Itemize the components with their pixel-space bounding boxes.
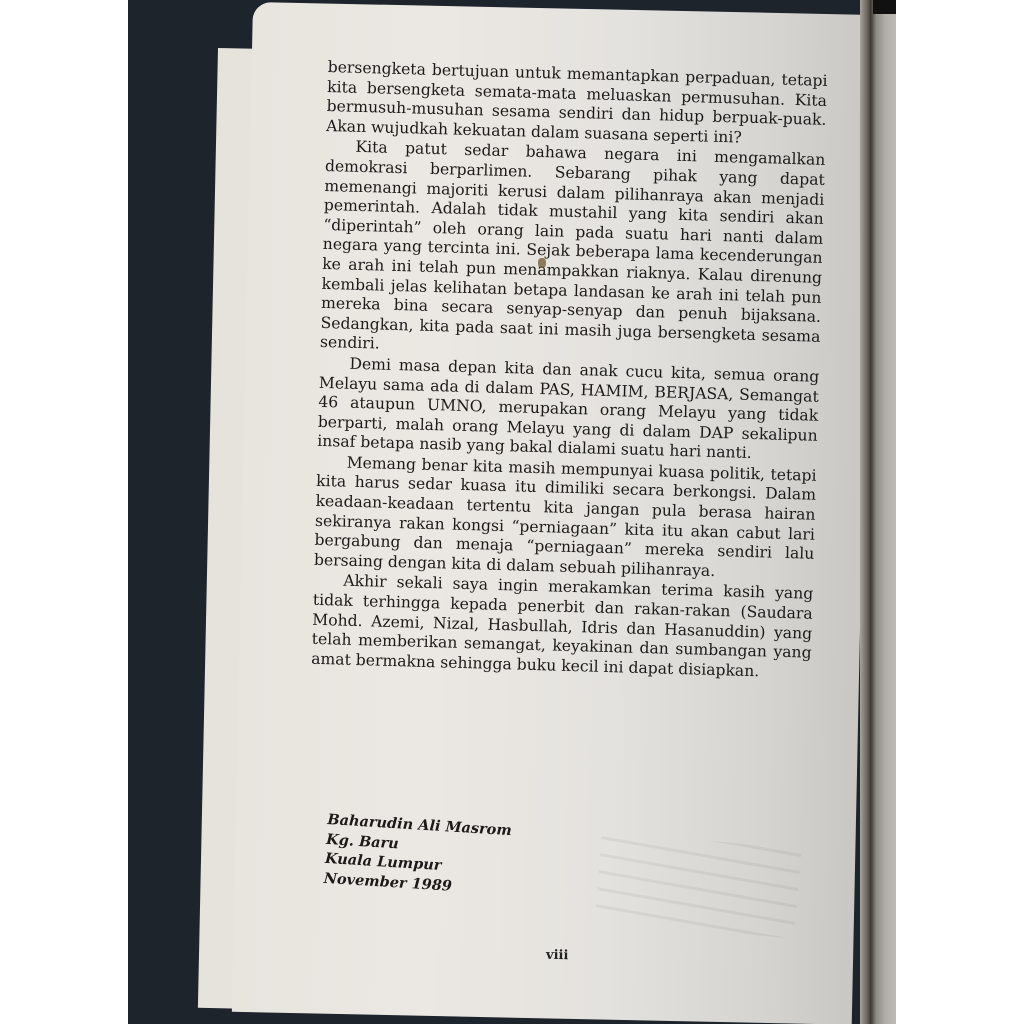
book-photo: bersengketa bertujuan untuk memantapkan … — [128, 0, 896, 1024]
paragraph-5: Akhir sekali saya ingin merakamkan terim… — [311, 571, 814, 683]
ink-stain — [538, 258, 546, 268]
page-number: viii — [546, 948, 569, 964]
body-text: bersengketa bertujuan untuk memantapkan … — [311, 58, 828, 683]
signature-block: Baharudin Ali Masrom Kg. Baru Kuala Lump… — [323, 810, 512, 899]
paragraph-1: bersengketa bertujuan untuk memantapkan … — [326, 58, 828, 150]
paragraph-3: Demi masa depan kita dan anak cucu kita,… — [317, 354, 820, 466]
paragraph-4: Memang benar kita masih mempunyai kuasa … — [314, 453, 817, 584]
bleed-through-text — [594, 831, 801, 938]
gutter-shadow — [873, 0, 896, 14]
book-gutter — [860, 0, 896, 1024]
paragraph-2: Kita patut sedar bahawa negara ini menga… — [320, 137, 826, 366]
